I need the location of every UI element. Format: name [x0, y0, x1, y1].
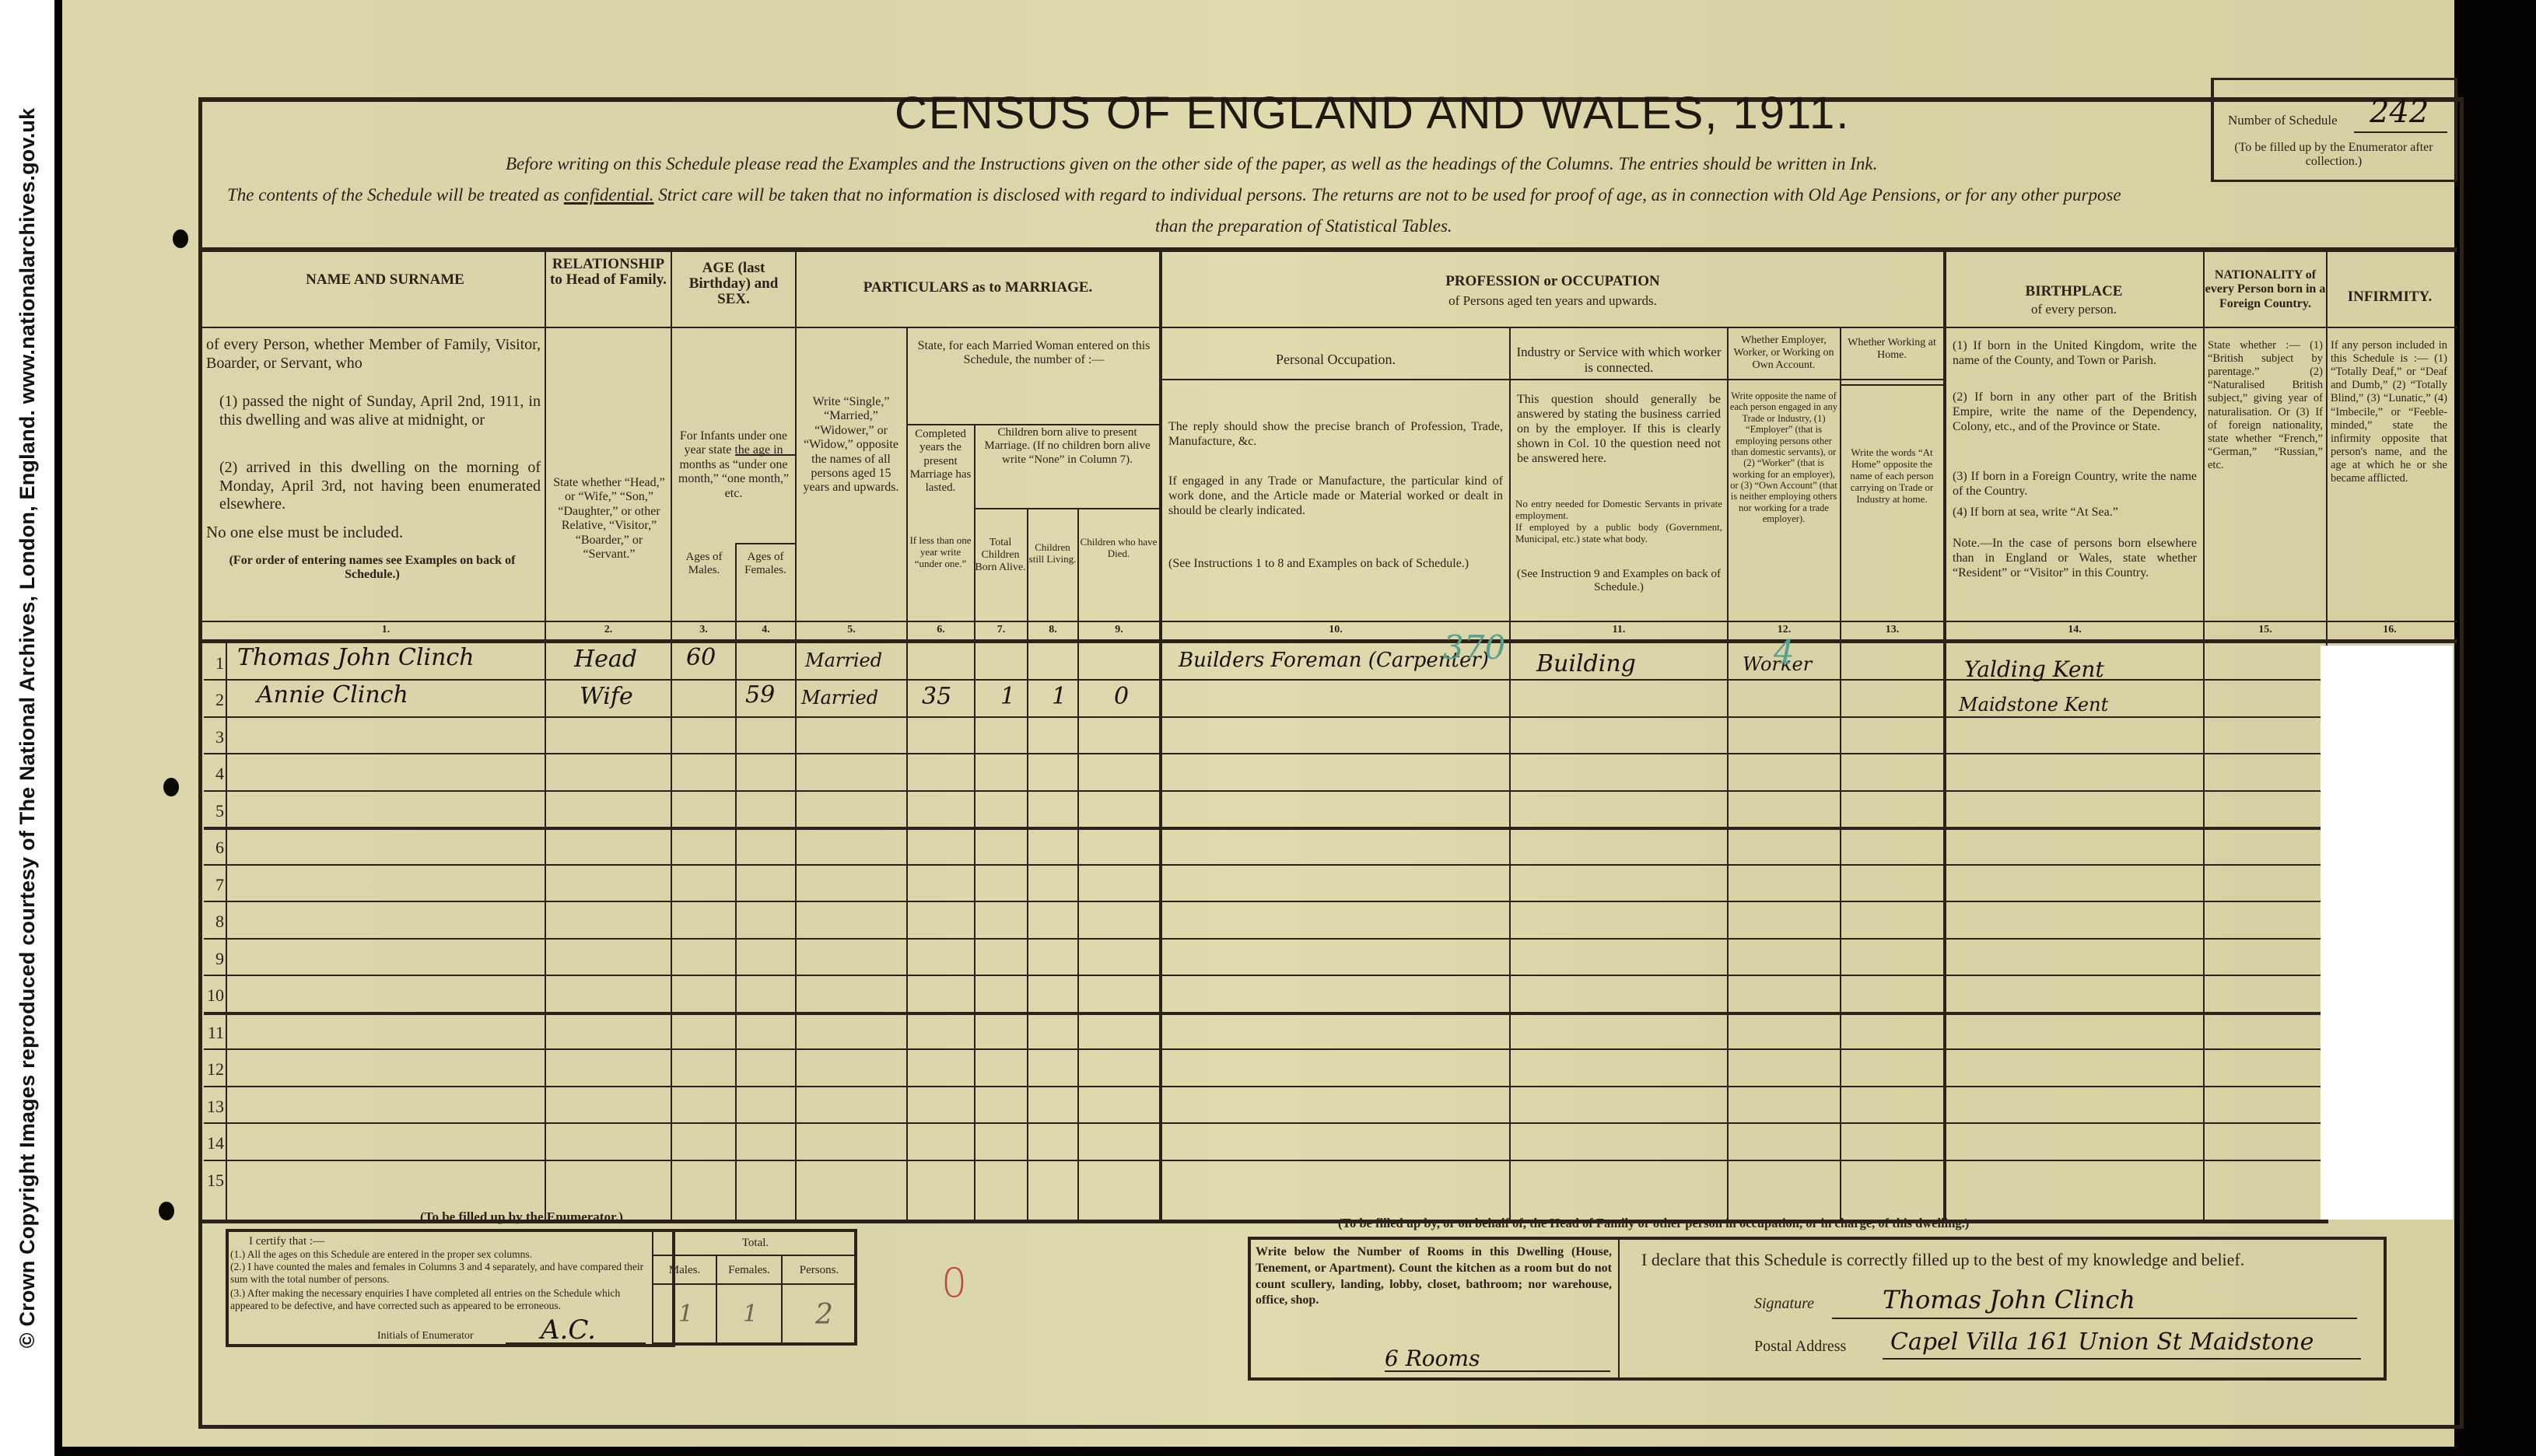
- col-industry-title: Industry or Service with which worker is…: [1512, 345, 1725, 375]
- col-infirmity-desc: If any person included in this Schedule …: [2331, 339, 2447, 485]
- col-birthplace-title: BIRTHPLACE: [1945, 284, 2203, 299]
- col-marriage-total-born: Total Children Born Alive.: [975, 537, 1026, 574]
- row-2-relationship: Wife: [580, 683, 633, 710]
- col-occupation-subtitle: of Persons aged ten years and upwards.: [1162, 293, 1943, 309]
- colnum-7: 7.: [976, 624, 1027, 636]
- totals-males-label: Males.: [653, 1264, 716, 1277]
- declaration-text: I declare that this Schedule is correctl…: [1641, 1250, 2244, 1270]
- signature-underline: [1832, 1318, 2357, 1319]
- page-title: CENSUS OF ENGLAND AND WALES, 1911.: [895, 87, 1850, 139]
- colnum-13: 13.: [1841, 624, 1943, 636]
- colnum-5: 5.: [797, 624, 906, 636]
- enumerator-initials-label: Initials of Enumerator: [377, 1330, 474, 1342]
- totals-persons-value: 2: [815, 1299, 833, 1331]
- col-industry-desc-1: This question should generally be answer…: [1517, 393, 1721, 466]
- row-number: 10: [204, 985, 224, 1006]
- row-number: 3: [204, 727, 224, 747]
- col-name-desc-3: (2) arrived in this dwelling on the morn…: [219, 459, 541, 514]
- row-2-age-female: 59: [745, 681, 775, 709]
- row-number: 1: [204, 653, 224, 674]
- col-home-desc: Write the words “At Home” opposite the n…: [1841, 447, 1942, 506]
- col-divider: [735, 544, 737, 1220]
- colnum-3: 3.: [672, 624, 735, 636]
- col-employer-desc: Write opposite the name of each person e…: [1729, 390, 1839, 525]
- punch-hole: [159, 1202, 174, 1220]
- col-name-desc-4: No one else must be included.: [206, 523, 403, 542]
- row-2-birthplace: Maidstone Kent: [1959, 694, 2108, 716]
- col-marriage-still-living: Children still Living.: [1028, 542, 1077, 565]
- row-number: 15: [204, 1171, 224, 1191]
- schedule-note: (To be filled up by the Enumerator after…: [2220, 141, 2447, 170]
- red-mark-annotation: 0: [941, 1260, 967, 1307]
- colnum-14: 14.: [1946, 624, 2203, 636]
- col-marriage-condition-desc: Write “Single,” “Married,” “Widower,” or…: [797, 395, 905, 495]
- colnum-1: 1.: [227, 624, 545, 636]
- punch-hole: [173, 229, 188, 248]
- rooms-value: 6 Rooms: [1385, 1346, 1480, 1371]
- colnum-2: 2.: [546, 624, 671, 636]
- col-marriage-woman-desc: State, for each Married Woman entered on…: [910, 339, 1158, 368]
- col-birthplace-desc-4: (4) If born at sea, write “At Sea.”: [1953, 506, 2197, 520]
- schedule-number-value: 242: [2370, 94, 2429, 130]
- colnum-6: 6.: [908, 624, 974, 636]
- col-birthplace-desc-3: (3) If born in a Foreign Country, write …: [1953, 470, 2197, 499]
- address-underline: [1883, 1358, 2361, 1360]
- col-birthplace-subtitle: of every person.: [1945, 302, 2203, 317]
- totals-females-label: Females.: [717, 1264, 781, 1277]
- occupation-code-annotation: 370: [1443, 628, 1505, 667]
- head-of-family-heading: (To be filled up by, or on behalf of, th…: [1338, 1216, 1969, 1231]
- row-number: 7: [204, 875, 224, 895]
- col-industry-desc-4: (See Instruction 9 and Examples on back …: [1512, 568, 1725, 595]
- schedule-number-label: Number of Schedule: [2228, 113, 2338, 128]
- children-sub-rule: [974, 508, 1159, 509]
- punch-hole: [163, 778, 179, 796]
- copyright-notice: © Crown Copyright Images reproduced cour…: [0, 0, 54, 1456]
- col-nationality-desc: State whether :— (1) “British subject by…: [2208, 339, 2323, 472]
- col-marriage-years-desc: Completed years the present Marriage has…: [907, 428, 974, 495]
- row-number: 4: [204, 764, 224, 784]
- row-1-industry: Building: [1536, 650, 1636, 677]
- col-divider: [671, 249, 672, 1220]
- enumerator-item-1: (1.) All the ages on this Schedule are e…: [230, 1248, 650, 1261]
- col-nationality-title: NATIONALITY of every Person born in a Fo…: [2205, 268, 2326, 311]
- confidential-line: The contents of the Schedule will be tre…: [227, 185, 2121, 205]
- col-marriage-children-desc: Children born alive to present Marriage.…: [977, 426, 1158, 467]
- row-2-marriage: Married: [801, 687, 878, 709]
- colnum-9: 9.: [1079, 624, 1159, 636]
- signature-label: Signature: [1754, 1295, 1814, 1313]
- totals-females-value: 1: [743, 1300, 758, 1328]
- col-home-title: Whether Working at Home.: [1841, 337, 1942, 362]
- enumerator-heading: (To be filled up by the Enumerator.): [420, 1209, 623, 1225]
- row-number: 12: [204, 1059, 224, 1080]
- confidential-line-2: than the preparation of Statistical Tabl…: [1155, 216, 1452, 236]
- col-relationship-title: RELATIONSHIP to Head of Family.: [546, 257, 671, 288]
- totals-males-value: 1: [678, 1300, 693, 1328]
- col-age-title: AGE (last Birthday) and SEX.: [674, 261, 793, 307]
- row-1-name: Thomas John Clinch: [237, 644, 475, 671]
- enumerator-initials-value: A.C.: [541, 1314, 596, 1346]
- col-employer-title: Whether Employer, Worker, or Working on …: [1729, 334, 1839, 372]
- col-personal-desc-1: The reply should show the precise branch…: [1168, 420, 1503, 450]
- col-divider: [1159, 249, 1162, 1220]
- col-age-males: Ages of Males.: [674, 551, 734, 578]
- rooms-underline: [1385, 1370, 1610, 1372]
- col-marriage-years-note: If less than one year write “under one.”: [907, 535, 974, 570]
- col-industry-desc-3: If employed by a public body (Government…: [1515, 521, 1722, 545]
- row-1-relationship: Head: [574, 646, 637, 673]
- row-number: 13: [204, 1097, 224, 1117]
- col-occupation-title: PROFESSION or OCCUPATION: [1162, 274, 1943, 289]
- col-divider: [2203, 249, 2205, 1220]
- totals-label: Total.: [653, 1237, 857, 1250]
- row-number: 9: [204, 949, 224, 969]
- col-personal-title: Personal Occupation.: [1162, 352, 1509, 368]
- address-label: Postal Address: [1754, 1338, 1846, 1356]
- marriage-sub-rule: [906, 424, 1159, 425]
- row-2-died: 0: [1114, 683, 1129, 710]
- row-number: 14: [204, 1133, 224, 1153]
- address-value: Capel Villa 161 Union St Maidstone: [1890, 1328, 2314, 1356]
- schedule-number-box: Number of Schedule 242 (To be filled up …: [2211, 78, 2457, 182]
- col-personal-desc-3: (See Instructions 1 to 8 and Examples on…: [1168, 557, 1503, 572]
- row-2-born: 1: [1000, 683, 1015, 710]
- row-number: 2: [204, 690, 224, 710]
- occupation-sub-rule: [1159, 379, 1943, 380]
- home-sub-rule: [1840, 384, 1943, 386]
- colnum-rule: [201, 621, 2457, 622]
- table-top-rule: [201, 247, 2457, 252]
- instruction-line: Before writing on this Schedule please r…: [506, 154, 1877, 174]
- header-rule: [201, 327, 2457, 328]
- col-name-title: NAME AND SURNAME: [229, 272, 541, 288]
- signature-value: Thomas John Clinch: [1883, 1285, 2135, 1314]
- row-number: 11: [204, 1023, 224, 1043]
- employer-code-annotation: 4: [1774, 633, 1795, 671]
- col-name-desc-1: of every Person, whether Member of Famil…: [206, 336, 541, 373]
- enumerator-certify: I certify that :—: [249, 1235, 324, 1248]
- row-2-living: 1: [1052, 683, 1067, 710]
- row-number: 5: [204, 801, 224, 821]
- col-birthplace-note: Note.—In the case of persons born elsewh…: [1953, 537, 2197, 581]
- redaction-block: [2321, 646, 2453, 1220]
- totals-persons-label: Persons.: [783, 1264, 856, 1277]
- col-age-females: Ages of Females.: [737, 551, 794, 578]
- enumerator-item-2: (2.) I have counted the males and female…: [230, 1261, 650, 1286]
- row-number: 6: [204, 838, 224, 858]
- rooms-instruction: Write below the Number of Rooms in this …: [1256, 1244, 1612, 1309]
- row-1-marriage: Married: [805, 649, 882, 671]
- col-name-desc-5: (For order of entering names see Example…: [204, 554, 541, 583]
- col-divider: [545, 249, 546, 1220]
- row-number: 8: [204, 912, 224, 932]
- rownum-divider: [226, 639, 227, 1220]
- confidential-word: confidential.: [564, 185, 654, 205]
- colnum-4: 4.: [737, 624, 795, 636]
- colnum-15: 15.: [2205, 624, 2326, 636]
- row-2-years: 35: [922, 683, 951, 710]
- col-divider: [1943, 249, 1946, 1220]
- col-industry-desc-2: No entry needed for Domestic Servants in…: [1515, 498, 1722, 522]
- data-top-rule: [201, 639, 2457, 643]
- col-marriage-title: PARTICULARS as to MARRIAGE.: [797, 280, 1159, 296]
- col-birthplace-desc-2: (2) If born in any other part of the Bri…: [1953, 390, 2197, 435]
- col-birthplace-desc-1: (1) If born in the United Kingdom, write…: [1953, 339, 2197, 369]
- col-name-desc-2: (1) passed the night of Sunday, April 2n…: [219, 393, 541, 429]
- row-2-name: Annie Clinch: [257, 681, 408, 709]
- col-personal-desc-2: If engaged in any Trade or Manufacture, …: [1168, 474, 1503, 519]
- col-marriage-died: Children who have Died.: [1079, 537, 1158, 560]
- colnum-11: 11.: [1511, 624, 1727, 636]
- age-sub-rule: [735, 543, 795, 544]
- col-age-desc: For Infants under one year state the age…: [674, 429, 793, 501]
- col-infirmity-title: INFIRMITY.: [2328, 289, 2452, 305]
- enumerator-item-3: (3.) After making the necessary enquirie…: [230, 1287, 650, 1312]
- row-1-age-male: 60: [686, 644, 716, 671]
- schedule-number-underline: [2354, 131, 2447, 133]
- col-relationship-desc: State whether “Head,” or “Wife,” “Son,” …: [552, 476, 666, 562]
- colnum-8: 8.: [1028, 624, 1077, 636]
- colnum-16: 16.: [2328, 624, 2452, 636]
- row-1-birthplace: Yalding Kent: [1964, 656, 2104, 682]
